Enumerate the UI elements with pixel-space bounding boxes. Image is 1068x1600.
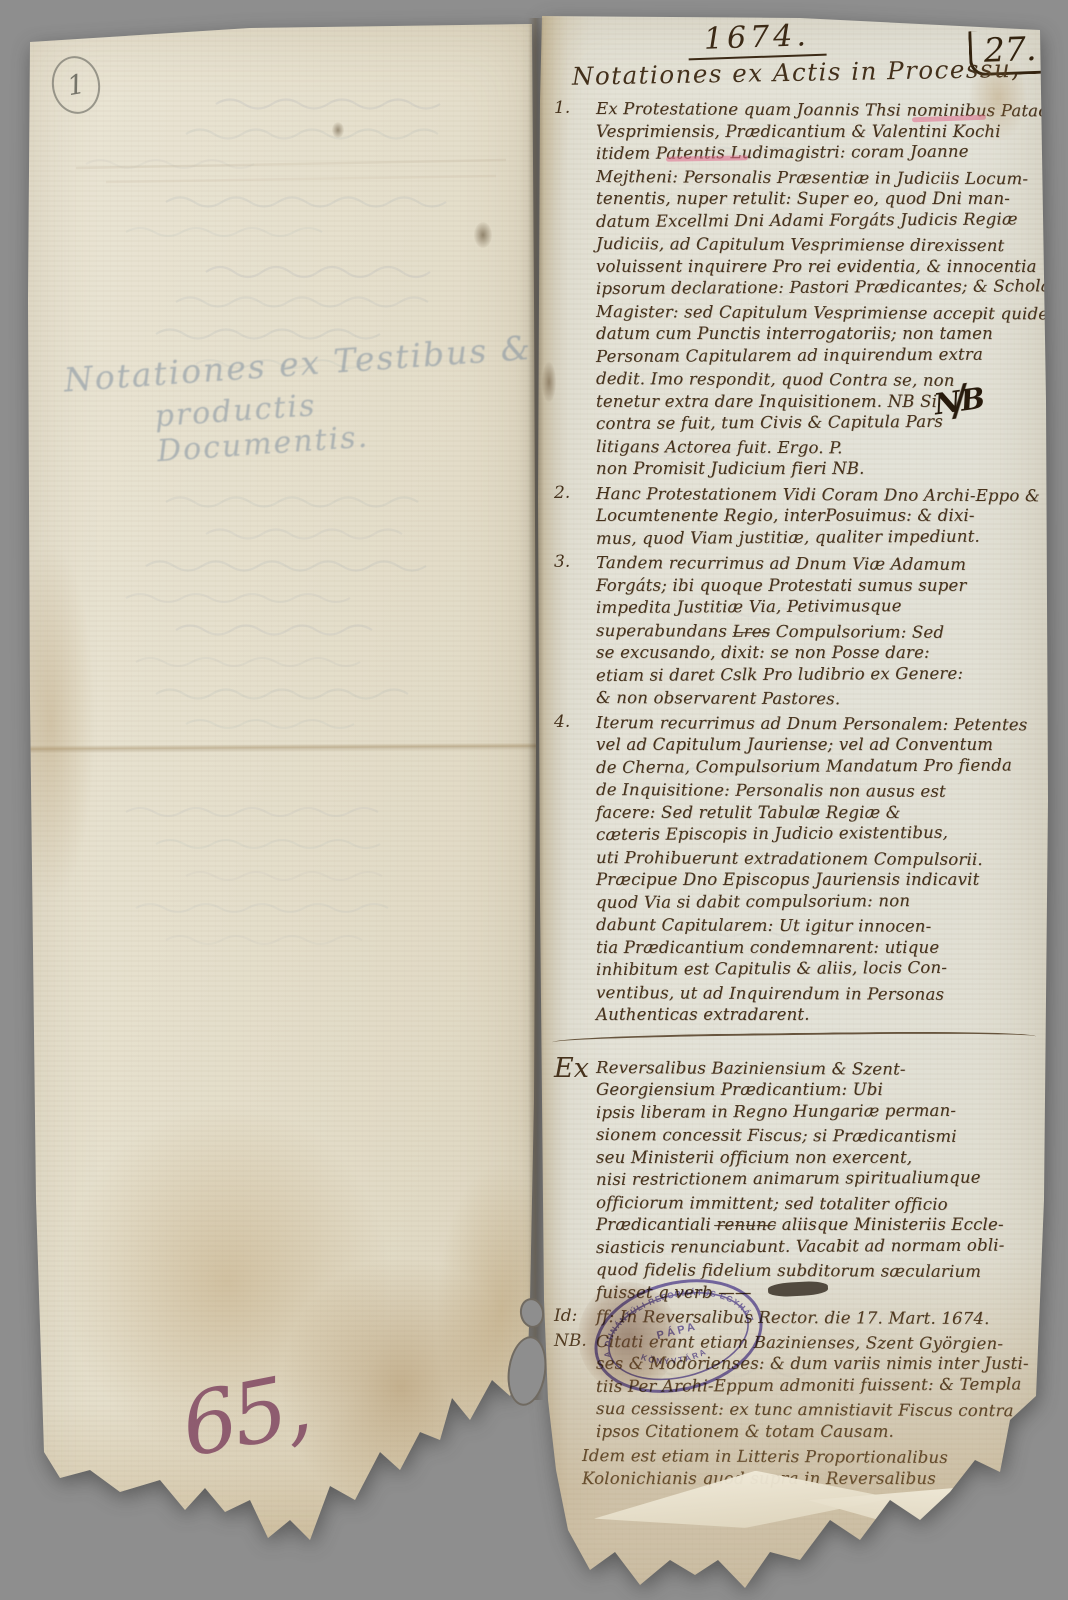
manuscript-line: Authenticas extradarent. — [596, 1004, 1038, 1027]
manuscript-line: datum Excellmi Dni Adami Forgáts Judicis… — [596, 208, 1038, 233]
section-ex-reversalibus: Ex Reversalibus Baziniensium & Szent-Geo… — [552, 1057, 1038, 1305]
manuscript-line: siasticis renunciabunt. Vacabit ad norma… — [596, 1234, 1038, 1259]
manuscript-line: Magister: sed Capitulum Vesprimiense acc… — [596, 301, 1038, 326]
manuscript-line: Tandem recurrimus ad Dnum Viæ Adamum — [596, 552, 1038, 577]
paper-texture — [26, 22, 538, 1552]
center-fold-seam — [528, 18, 544, 1400]
item-marker: Ex — [554, 1053, 589, 1084]
item-3: 3. Tandem recurrimus ad Dnum Viæ AdamumF… — [552, 552, 1038, 710]
item-marker: 3. — [554, 552, 570, 572]
manuscript-line: vel ad Capitulum Jauriense; vel ad Conve… — [596, 734, 1038, 757]
left-page-wrap: 1 Notationes ex Testibus & productis Doc… — [26, 22, 538, 1552]
item-lines: Hanc Protestationem Vidi Coram Dno Archi… — [596, 483, 1038, 551]
manuscript-line: seu Ministerii officium non exercent, — [596, 1147, 1038, 1170]
left-corner-number: 1 — [65, 68, 87, 102]
manuscript-line: Præcipue Dno Episcopus Jauriensis indica… — [596, 869, 1038, 892]
manuscript-line: uti Prohibuerunt extradationem Compulsor… — [596, 847, 1038, 872]
manuscript-line: Locumtenente Regio, interPosuimus: & dix… — [596, 505, 1038, 528]
item-marker: NB. — [554, 1331, 587, 1351]
item-marker: 1. — [554, 98, 570, 118]
item-lines: Reversalibus Baziniensium & Szent-Georgi… — [596, 1057, 1038, 1305]
manuscript-line: voluissent inquirere Pro rei evidentia, … — [596, 256, 1038, 279]
right-page-wrap: 1674. 27. Notationes ex Actis in Process… — [538, 12, 1050, 1600]
right-page: 1674. 27. Notationes ex Actis in Process… — [538, 12, 1050, 1600]
manuscript-line: Mejtheni: Personalis Præsentiæ in Judici… — [596, 166, 1038, 191]
svg-text:KÖNYVTÁRA: KÖNYVTÁRA — [638, 1337, 710, 1374]
manuscript-line: Prædicantiali r̶e̶n̶u̶n̶c̶ aliisque Mini… — [596, 1214, 1038, 1237]
item-4: 4. Iterum recurrimus ad Dnum Personalem:… — [552, 712, 1038, 1027]
manuscript-line: inhibitum est Capitulis & aliis, locis C… — [596, 956, 1038, 981]
manuscript-line: nisi restrictionem animarum spiritualium… — [596, 1166, 1038, 1191]
manuscript-line: sionem concessit Fiscus; si Prædicantism… — [596, 1124, 1038, 1149]
manuscript-line: Forgáts; ibi quoque Protestati sumus sup… — [596, 575, 1038, 598]
manuscript-line: superabundans L̶r̶e̶s̶ Compulsorium: Sed — [596, 620, 1038, 645]
manuscript-line: facere: Sed retulit Tabulæ Regiæ & — [596, 802, 1038, 825]
manuscript-body: 1. Ex Protestatione quam Joannis Thsi no… — [552, 98, 1038, 1492]
manuscript-line: Vesprimiensis, Prædicantium & Valentini … — [596, 121, 1038, 144]
manuscript-line: & non observarent Pastores. — [596, 687, 1038, 712]
stamp-arc-bottom-text: KÖNYVTÁRA — [638, 1337, 710, 1374]
manuscript-line: litigans Actorea fuit. Ergo. P. — [596, 436, 1038, 461]
section-divider-line — [552, 1030, 1036, 1052]
item-1: 1. Ex Protestatione quam Joannis Thsi no… — [552, 98, 1038, 481]
manuscript-line: cæteris Episcopis in Judicio existentibu… — [596, 821, 1038, 846]
left-page: 1 Notationes ex Testibus & productis Doc… — [26, 22, 538, 1552]
manuscript-line: Georgiensium Prædicantium: Ubi — [596, 1079, 1038, 1102]
manuscript-line: dabunt Capitularem: Ut igitur innocen- — [596, 914, 1038, 939]
manuscript-line: ipsorum declaratione: Pastori Prædicante… — [596, 275, 1038, 300]
manuscript-line: Reversalibus Baziniensium & Szent- — [596, 1057, 1038, 1082]
item-2: 2. Hanc Protestationem Vidi Coram Dno Ar… — [552, 483, 1038, 551]
stamp-center-text: PÁPA — [655, 1319, 699, 1342]
manuscript-line: etiam si daret Cslk Pro ludibrio ex Gene… — [596, 662, 1038, 687]
manuscript-line: non Promisit Judicium fieri NB. — [596, 458, 1038, 481]
manuscript-line: Hanc Protestationem Vidi Coram Dno Archi… — [596, 483, 1038, 508]
manuscript-line: Personam Capitularem ad inquirendum extr… — [596, 343, 1038, 368]
manuscript-scan: 1 Notationes ex Testibus & productis Doc… — [0, 0, 1068, 1600]
item-marker: 4. — [554, 712, 570, 732]
manuscript-line: ipsos Citationem & totam Causam. — [596, 1421, 1038, 1444]
manuscript-line: Iterum recurrimus ad Dnum Personalem: Pe… — [596, 712, 1038, 737]
nb-margin-mark: NB — [932, 381, 987, 422]
manuscript-line: tia Prædicantium condemnarent: utique — [596, 937, 1038, 960]
manuscript-line: mus, quod Viam justitiæ, qualiter impedi… — [596, 525, 1038, 550]
manuscript-line: de Inquisitione: Personalis non ausus es… — [596, 779, 1038, 804]
item-marker: Id: — [554, 1306, 577, 1326]
manuscript-line: se excusando, dixit: se non Posse dare: — [596, 642, 1038, 665]
manuscript-line: itidem Patentis Ludimagistri: coram Joan… — [596, 140, 1038, 165]
item-lines: Ex Protestatione quam Joannis Thsi nomin… — [596, 98, 1038, 481]
manuscript-line: Judiciis, ad Capitulum Vesprimiense dire… — [596, 233, 1038, 258]
manuscript-line: officiorum immittent; sed totaliter offi… — [596, 1192, 1038, 1217]
manuscript-line: tenentis, nuper retulit: Super eo, quod … — [596, 188, 1038, 211]
manuscript-line: Idem est etiam in Litteris Proportionali… — [582, 1445, 1038, 1470]
manuscript-line: datum cum Punctis interrogatoriis; non t… — [596, 323, 1038, 346]
manuscript-line: impedita Justitiæ Via, Petivimusque — [596, 594, 1038, 619]
manuscript-line: de Cherna, Compulsorium Mandatum Pro fie… — [596, 754, 1038, 779]
manuscript-line: quod Via si dabit compulsorium: non — [596, 889, 1038, 914]
year-heading: 1674. — [687, 18, 826, 61]
item-lines: Iterum recurrimus ad Dnum Personalem: Pe… — [596, 712, 1038, 1027]
item-lines: Tandem recurrimus ad Dnum Viæ AdamumForg… — [596, 552, 1038, 710]
item-marker: 2. — [554, 483, 570, 503]
manuscript-line: ventibus, ut ad Inquirendum in Personas — [596, 982, 1038, 1007]
manuscript-line: ipsis liberam in Regno Hungariæ perman- — [596, 1099, 1038, 1124]
